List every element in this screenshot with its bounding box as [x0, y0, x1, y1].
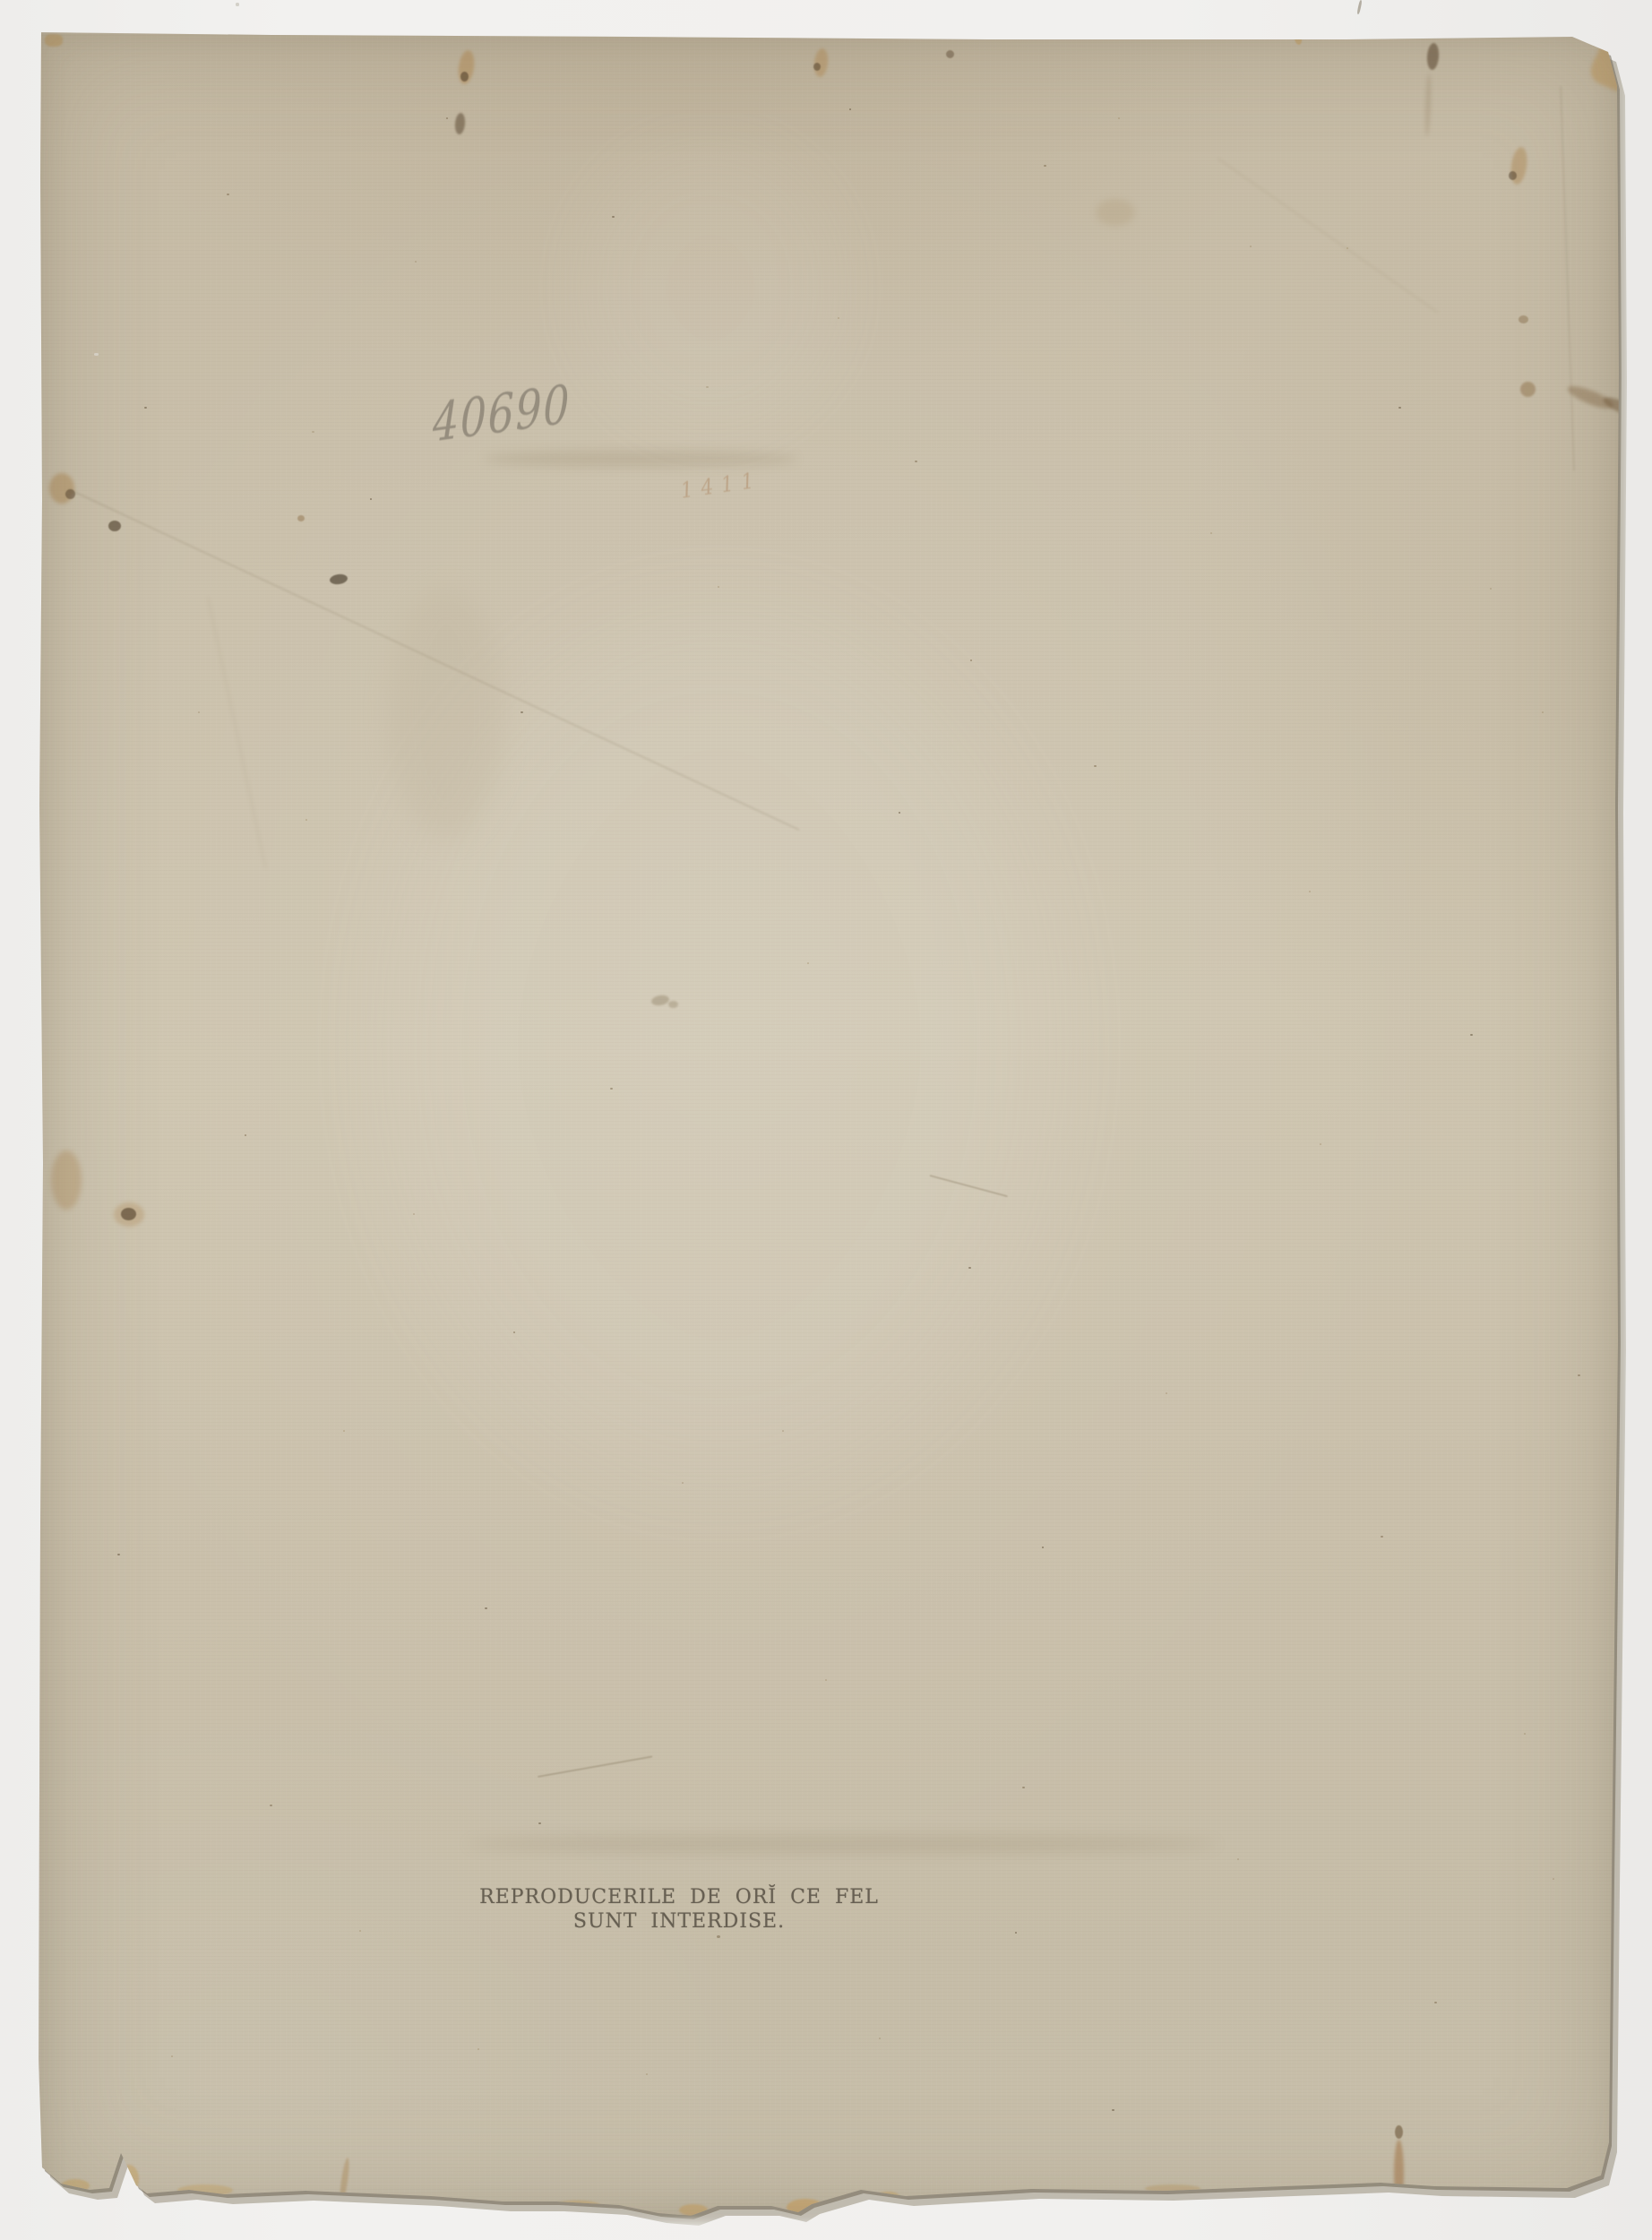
foxing-speck	[838, 317, 839, 319]
foxing-speck	[1237, 1858, 1239, 1860]
foxing-speck	[1553, 1878, 1554, 1880]
foxing-speck	[1309, 891, 1311, 892]
foxing-speck	[718, 586, 719, 588]
foxing-speck	[1320, 1143, 1321, 1145]
stain	[454, 113, 466, 135]
foxing-speck	[1381, 1536, 1383, 1538]
stain	[329, 573, 348, 586]
foxing-speck	[1210, 532, 1212, 534]
foxing-speck	[198, 711, 200, 713]
foxing-speck	[270, 1805, 272, 1806]
stain	[460, 72, 469, 82]
foxing-speck	[1490, 588, 1492, 590]
foxing-speck	[646, 2073, 648, 2075]
scanner-debris	[94, 353, 99, 356]
foxing-speck	[370, 498, 372, 500]
foxing-speck	[807, 962, 809, 964]
crease-line	[207, 597, 266, 869]
stain	[946, 50, 954, 58]
scanned-document: 40690 1411 REPRODUCERILE DE ORĬ CE FEL S…	[0, 0, 1652, 2240]
foxing-speck	[312, 431, 314, 433]
foxing-speck	[245, 1134, 246, 1136]
crease-line	[1560, 86, 1575, 471]
notice-line-1: REPRODUCERILE DE ORĬ CE FEL	[442, 1885, 916, 1909]
foxing-speck	[1398, 407, 1401, 409]
scanner-debris	[1356, 0, 1362, 14]
foxing-speck	[485, 1607, 487, 1609]
foxing-speck	[1094, 765, 1097, 767]
stain	[466, 1835, 1218, 1853]
foxing-speck	[970, 659, 972, 661]
stain	[1519, 315, 1528, 323]
foxing-speck	[117, 1554, 120, 1555]
foxing-speck	[227, 194, 229, 195]
stain	[1509, 171, 1517, 180]
foxing-speck	[1434, 2002, 1437, 2003]
stain	[1294, 31, 1303, 45]
foxing-speck	[1166, 1392, 1167, 1394]
foxing-speck	[171, 2055, 173, 2057]
foxing-speck	[915, 461, 917, 462]
foxing-speck	[1118, 117, 1120, 119]
foxing-speck	[415, 261, 417, 263]
foxing-speck	[478, 2048, 479, 2050]
reproduction-notice: REPRODUCERILE DE ORĬ CE FEL SUNT INTERDI…	[442, 1885, 916, 1934]
stain	[1096, 199, 1135, 226]
crease-line	[1217, 158, 1439, 314]
foxing-speck	[849, 108, 851, 110]
stain	[121, 1208, 136, 1220]
foxing-speck	[1015, 1932, 1017, 1934]
notice-line-2: SUNT INTERDISE.	[442, 1909, 916, 1934]
stain	[1394, 2140, 1404, 2207]
foxing-speck	[1044, 165, 1046, 167]
foxing-speck	[1524, 1733, 1526, 1735]
foxing-speck	[513, 1331, 515, 1333]
stain	[51, 1150, 82, 1210]
foxing-speck	[1542, 711, 1544, 713]
foxing-speck	[359, 1930, 361, 1932]
foxing-speck	[782, 1430, 784, 1432]
foxing-speck	[1250, 246, 1252, 247]
stain	[1426, 43, 1440, 71]
stain	[297, 515, 305, 521]
foxing-speck	[1042, 1546, 1044, 1548]
scanner-debris	[236, 3, 239, 6]
foxing-speck	[305, 819, 307, 821]
foxing-speck	[1470, 1034, 1473, 1036]
stain	[576, 140, 845, 435]
stain	[1395, 2125, 1403, 2139]
stain	[1424, 73, 1432, 136]
foxing-speck	[682, 1482, 684, 1484]
foxing-speck	[144, 407, 147, 409]
stain	[813, 63, 821, 71]
stain	[1520, 382, 1536, 397]
cardboard-verso: 40690 1411 REPRODUCERILE DE ORĬ CE FEL S…	[39, 32, 1620, 2215]
foxing-speck	[1112, 2109, 1114, 2111]
foxing-speck	[343, 1430, 345, 1432]
crease-line	[538, 1755, 652, 1778]
foxing-speck	[899, 812, 900, 814]
foxing-speck	[825, 1679, 827, 1681]
foxing-speck	[1022, 1787, 1025, 1788]
stain	[45, 34, 63, 47]
stain	[484, 451, 797, 467]
foxing-speck	[538, 1822, 541, 1824]
foxing-speck	[446, 117, 448, 119]
foxing-speck	[879, 2038, 881, 2039]
foxing-speck	[1578, 1374, 1580, 1376]
foxing-speck	[717, 1935, 720, 1938]
foxing-speck	[413, 1213, 415, 1215]
stain	[108, 521, 121, 531]
stain	[388, 588, 504, 839]
